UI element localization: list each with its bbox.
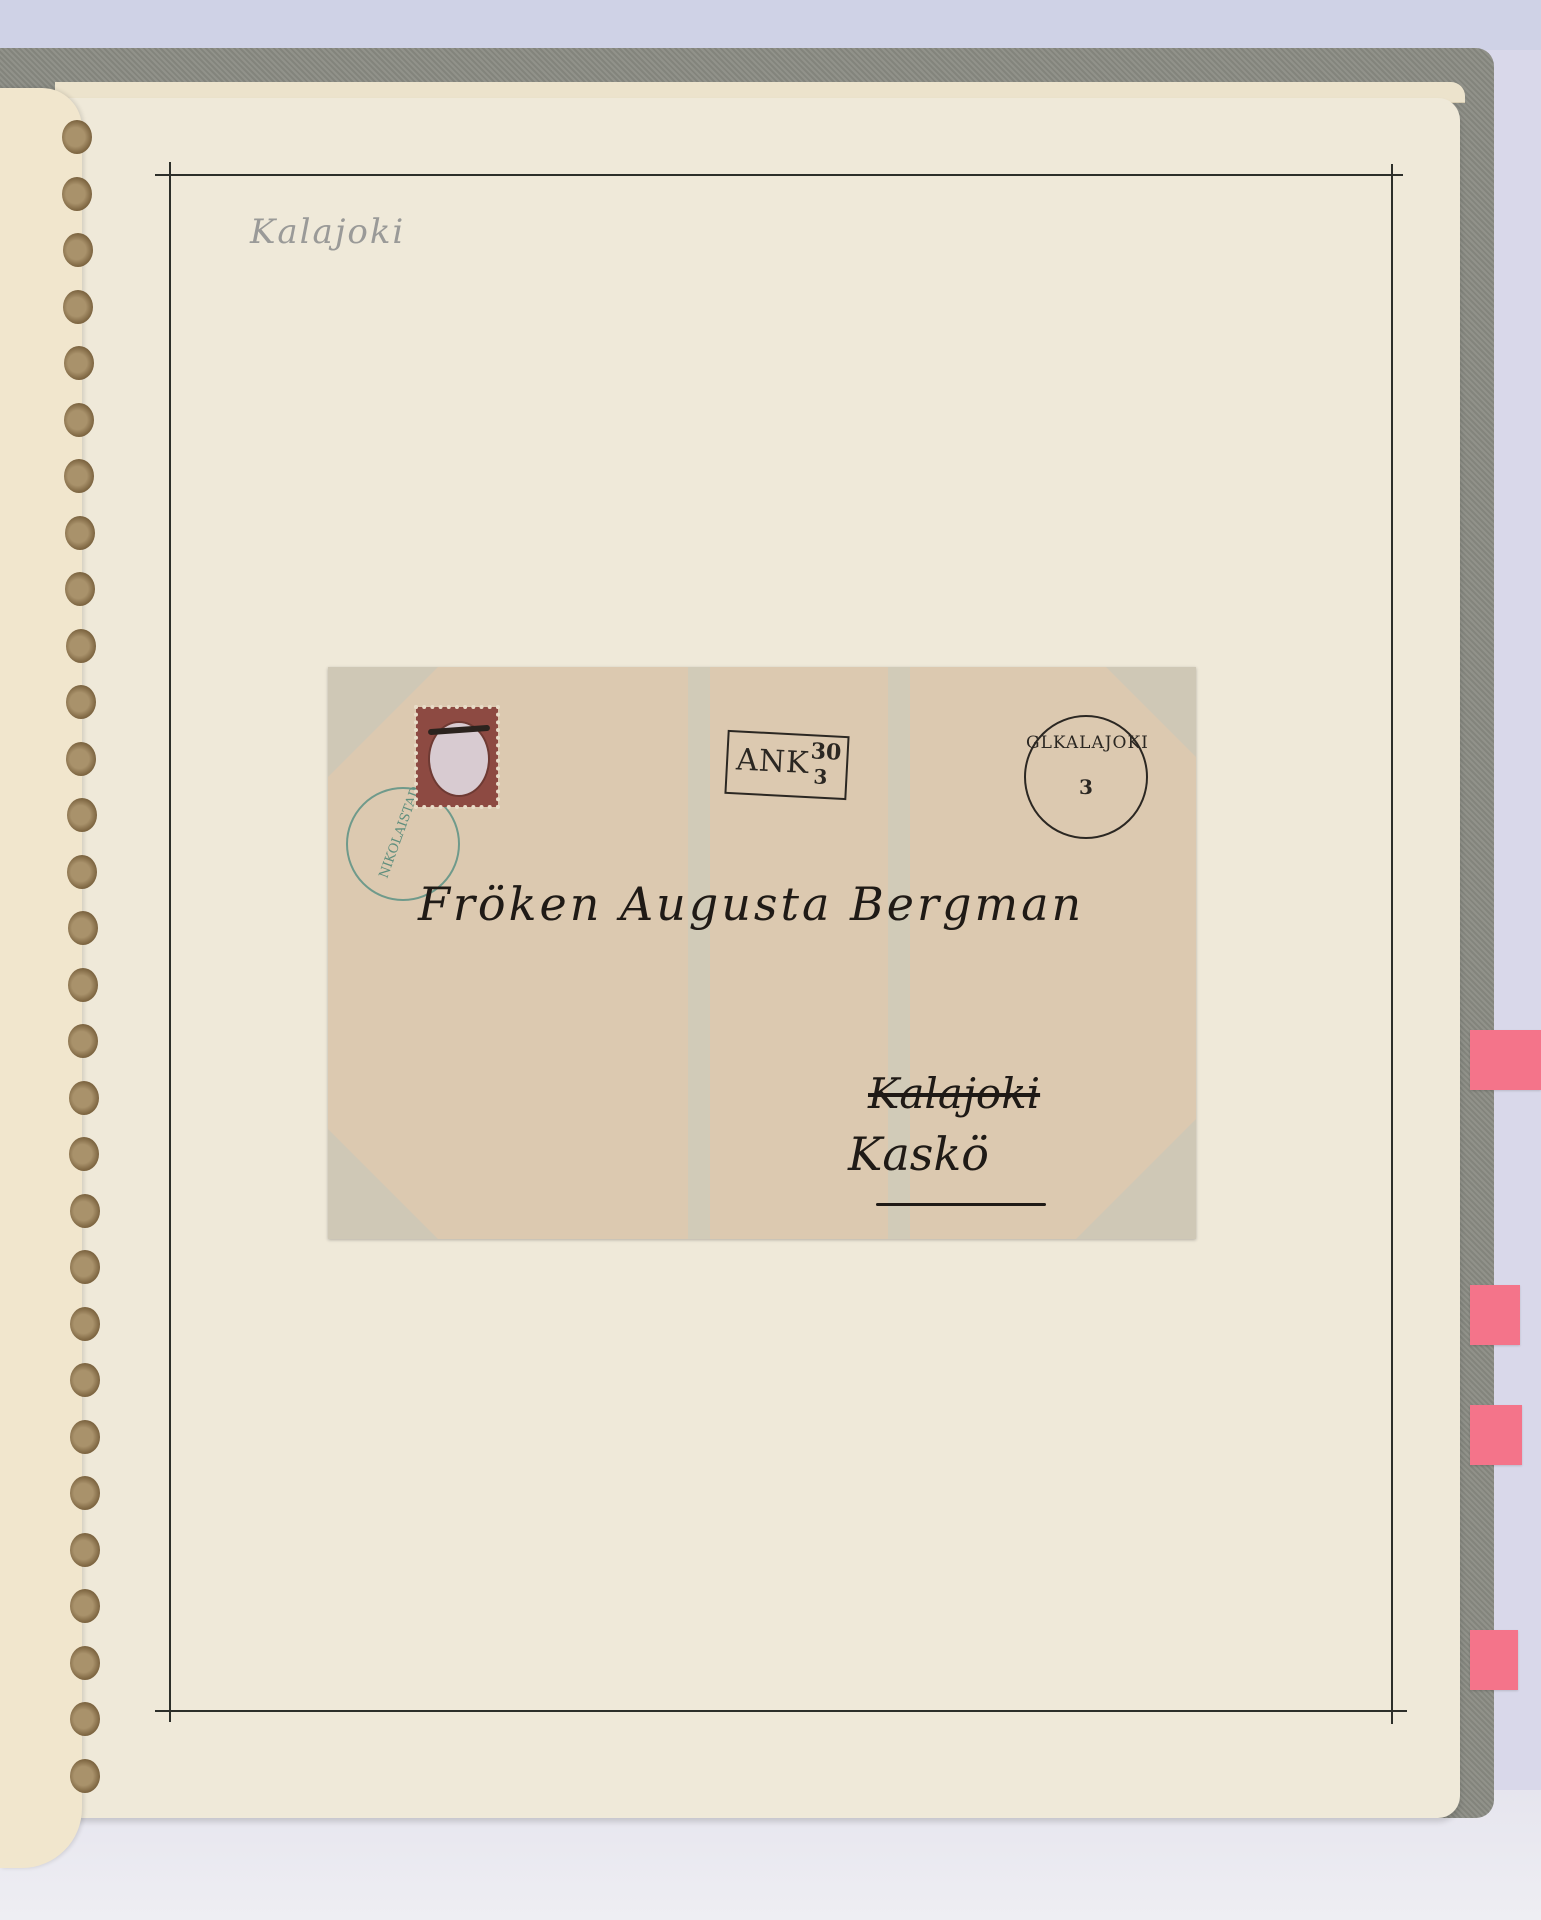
- photo-corner-br: [1076, 1119, 1196, 1239]
- binder-hole: [70, 1702, 100, 1736]
- index-tab-1[interactable]: [1470, 1030, 1541, 1090]
- binder-hole: [70, 1363, 100, 1397]
- binder-hole: [62, 177, 92, 211]
- binder-hole: [64, 346, 94, 380]
- binder-hole: [66, 629, 96, 663]
- binder-hole: [68, 911, 98, 945]
- binder-hole: [70, 1307, 100, 1341]
- redirected-place: Kaskö: [848, 1127, 989, 1181]
- binder-hole: [67, 798, 97, 832]
- index-tab-4[interactable]: [1470, 1630, 1518, 1690]
- binder-hole: [70, 1250, 100, 1284]
- index-tab-2[interactable]: [1470, 1285, 1520, 1345]
- crossed-out-place: Kalajoki: [868, 1069, 1040, 1118]
- envelope-cover: NIKOLAISTAD ANK 30 3 GLKALAJOKI 3 Fröken…: [328, 667, 1196, 1239]
- binder-hole: [62, 120, 92, 154]
- binder-hole: [70, 1646, 100, 1680]
- binder-hole: [64, 403, 94, 437]
- frame-left: [169, 162, 171, 1722]
- binder-hole: [67, 855, 97, 889]
- binder-hole: [63, 233, 93, 267]
- round-postmark: GLKALAJOKI 3: [1024, 715, 1148, 839]
- binder-hole: [68, 968, 98, 1002]
- binder-hole: [70, 1194, 100, 1228]
- frame-bottom: [155, 1710, 1407, 1712]
- binder-hole: [65, 516, 95, 550]
- binder-hole: [63, 290, 93, 324]
- binder-hole: [69, 1137, 99, 1171]
- frame-top: [155, 174, 1403, 176]
- binder-hole: [70, 1533, 100, 1567]
- page-label: Kalajoki: [250, 212, 405, 252]
- arrival-mark: ANK 30 3: [724, 730, 849, 800]
- postage-stamp: [416, 707, 498, 807]
- addressee: Fröken Augusta Bergman: [418, 877, 1084, 931]
- binder-hole: [66, 742, 96, 776]
- binder-hole: [69, 1081, 99, 1115]
- frame-right: [1391, 164, 1393, 1724]
- binder-hole: [70, 1420, 100, 1454]
- backdrop: [0, 0, 1541, 50]
- binder-hole: [70, 1759, 100, 1793]
- index-tab-3[interactable]: [1470, 1405, 1522, 1465]
- photo-corner-bl: [328, 1129, 438, 1239]
- binder-hole: [66, 685, 96, 719]
- binder-hole: [70, 1476, 100, 1510]
- binder-hole: [70, 1589, 100, 1623]
- address-underline: [876, 1203, 1046, 1206]
- binder-hole: [65, 572, 95, 606]
- fold-line: [688, 667, 710, 1239]
